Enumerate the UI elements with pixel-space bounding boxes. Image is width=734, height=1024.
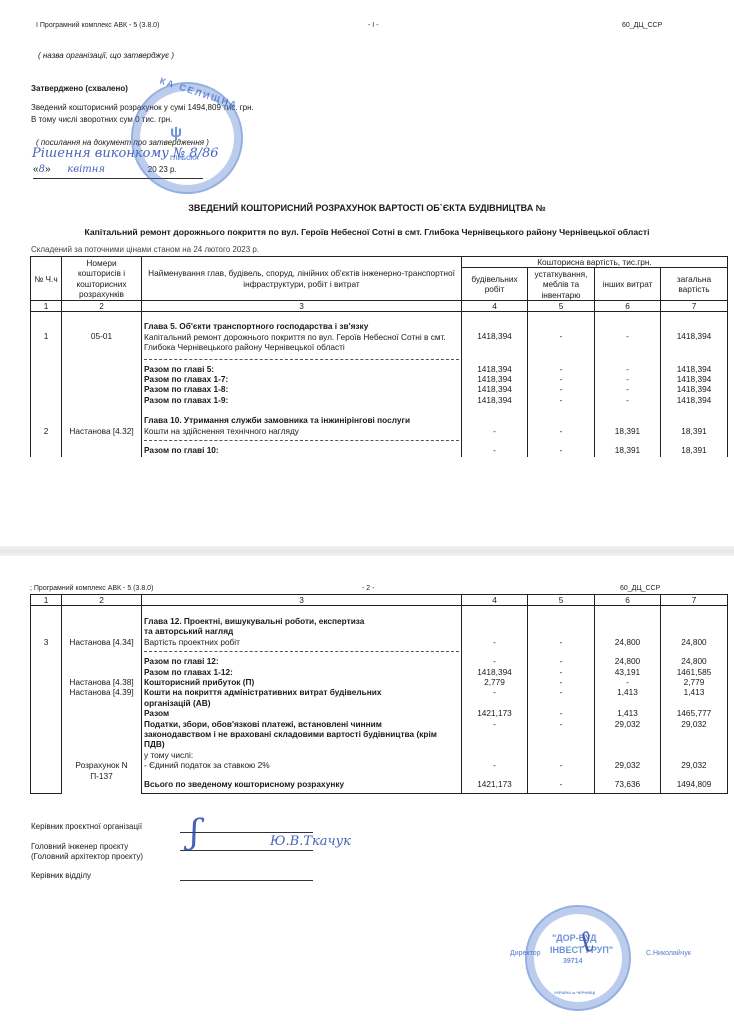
including-label: у тому числі: <box>144 750 459 760</box>
cell-other: 29,032 <box>595 719 661 761</box>
subtotal-label: Кошти на покриття адміністративних витра… <box>144 687 414 708</box>
signature-label-head-org: Керівник проєктної організації <box>31 822 142 831</box>
table-row-summary: Податки, збори, обов'язкові платежі, вст… <box>31 719 728 761</box>
cell-total: 1,413 <box>661 687 728 708</box>
cell-equipment: - <box>528 656 595 666</box>
composed-date-line: Складений за поточними цінами станом на … <box>31 245 259 254</box>
cell-total: 24,800 <box>661 656 728 666</box>
page-separator <box>0 546 734 556</box>
col-num-7: 7 <box>661 301 728 312</box>
cell-construction: - <box>462 719 528 761</box>
cell-equipment: - <box>528 667 595 677</box>
cell-equipment: - <box>528 405 595 445</box>
grand-total-equipment: - <box>528 771 595 794</box>
signature-line <box>180 832 313 833</box>
cell-construction: 1418,394 <box>462 312 528 364</box>
estimate-table-page2: 1 2 3 4 5 6 7 3 Настанова [4.34] Глава 1… <box>30 594 728 794</box>
subtotal-label: Разом по главах 1-8: <box>144 384 459 394</box>
subtotal-value: - <box>530 384 592 394</box>
subtotal-label: Разом по главах 1-12: <box>144 667 459 677</box>
row-number: 3 <box>31 606 62 657</box>
th-other: інших витрат <box>595 268 661 301</box>
stamp-bottom-text: УКРАЇНА м.ЧЕРНІВЦІ <box>554 990 595 995</box>
th-estimate-codes: Номери кошторисів і кошторисних розрахун… <box>62 257 142 301</box>
approved-label: Затверджено (схвалено) <box>31 84 128 93</box>
table-row-summary: Разом по главах 1-12: 1418,394 - 43,191 … <box>31 667 728 677</box>
signature-label-chief-engineer: Головний інженер проєкту <box>31 842 128 851</box>
document-title: ЗВЕДЕНИЙ КОШТОРИСНИЙ РОЗРАХУНОК ВАРТОСТІ… <box>0 203 734 213</box>
table-row-summary: Настанова [4.39] Кошти на покриття адмін… <box>31 687 728 708</box>
subtotal-value: 1418,394 <box>663 384 725 394</box>
signature-line <box>180 850 313 851</box>
cell-other: 18,391 <box>595 405 661 445</box>
subtotal-value: - <box>597 364 658 374</box>
row-code: Настанова [4.34] <box>62 606 142 657</box>
divider <box>144 359 459 360</box>
handwritten-signature-icon: ʃ <box>190 812 199 852</box>
cell-construction: - <box>462 656 528 666</box>
th-total: загальна вартість <box>661 268 728 301</box>
table-row-totals: Разом по главі 10: - - 18,391 18,391 <box>31 445 728 457</box>
stamp-center-text: ГЛИБОКА <box>170 156 199 162</box>
subtotal-value: - <box>464 445 525 455</box>
cell-equipment: - <box>528 760 595 770</box>
cell-equipment: - <box>528 606 595 657</box>
th-number: № Ч.ч <box>31 257 62 301</box>
subtotal-value: 18,391 <box>663 445 725 455</box>
cell-construction: 1418,394 <box>462 667 528 677</box>
handwritten-name: Ю.В.Ткачук <box>270 834 351 849</box>
subtotal-value: - <box>530 395 592 405</box>
subtotal-label: Разом по главі 10: <box>144 445 459 455</box>
th-equipment: устаткування, меблів та інвентарю <box>528 268 595 301</box>
subtotal-label: Разом <box>144 708 459 718</box>
chapter-title: Глава 10. Утримання служби замовника та … <box>144 415 459 425</box>
item-name: Кошти на здійснення технічного нагляду <box>144 426 459 436</box>
org-name-caption: ( назва організації, що затверджує ) <box>38 51 174 60</box>
cell-construction: - <box>462 405 528 445</box>
table-row: 1 05-01 Глава 5. Об'єкти транспортного г… <box>31 312 728 364</box>
page-number: - 2 - <box>362 585 374 592</box>
cell-total: 1461,585 <box>661 667 728 677</box>
cell-total: 2,779 <box>661 677 728 687</box>
subtotal-value: 1418,394 <box>464 364 525 374</box>
th-cost-group: Кошторисна вартість, тис.грн. <box>462 257 728 268</box>
table-row: 2 Настанова [4.32] Глава 10. Утримання с… <box>31 405 728 445</box>
item-name: - Єдиний податок за ставкою 2% <box>144 760 459 770</box>
grand-total-other: 73,636 <box>595 771 661 794</box>
col-num-3: 3 <box>142 595 462 606</box>
subtotal-label: Разом по главах 1-7: <box>144 374 459 384</box>
cell-construction: - <box>462 760 528 770</box>
date-quote-close: » <box>45 164 51 175</box>
cell-other: 1,413 <box>595 687 661 708</box>
cell-total: 1465,777 <box>661 708 728 718</box>
row-code: Настанова [4.38] <box>62 677 142 687</box>
cell-equipment: - <box>528 719 595 761</box>
table-row-summary: Разом 1421,173 - 1,413 1465,777 <box>31 708 728 718</box>
divider <box>144 651 459 652</box>
table-row-tax: Розрахунок N П-137 - Єдиний податок за с… <box>31 760 728 770</box>
subtotal-value: 1418,394 <box>464 384 525 394</box>
col-num-5: 5 <box>528 595 595 606</box>
grand-total-value: 1494,809 <box>661 771 728 794</box>
signature-label-dept-head: Керівник відділу <box>31 871 91 880</box>
cell-other: 1,413 <box>595 708 661 718</box>
page-number: - І - <box>368 22 379 29</box>
item-name: Капітальний ремонт дорожнього покриття п… <box>144 332 459 353</box>
col-num-6: 6 <box>595 595 661 606</box>
cell-other: 43,191 <box>595 667 661 677</box>
subtotal-value: 1418,394 <box>464 374 525 384</box>
cell-total: 1418,394 <box>661 312 728 364</box>
row-code: Настанова [4.39] <box>62 687 142 708</box>
page-header-left: ; Програмний комплекс АВК - 5 (3.8.0) <box>30 585 153 592</box>
chapter-title: Глава 5. Об'єкти транспортного господарс… <box>144 321 459 331</box>
subtotal-value: 1418,394 <box>464 395 525 405</box>
cell-equipment: - <box>528 708 595 718</box>
subtotal-value: - <box>597 395 658 405</box>
row-code: 05-01 <box>62 312 142 364</box>
subtotal-value: 1418,394 <box>663 374 725 384</box>
subtotal-value: - <box>597 374 658 384</box>
col-num-5: 5 <box>528 301 595 312</box>
th-construction: будівельних робіт <box>462 268 528 301</box>
col-num-6: 6 <box>595 301 661 312</box>
col-num-7: 7 <box>661 595 728 606</box>
stamp-person-name: С.Николайчук <box>646 950 691 957</box>
row-code: Настанова [4.32] <box>62 405 142 445</box>
cell-other: - <box>595 677 661 687</box>
subtotal-label: Разом по главах 1-9: <box>144 395 459 405</box>
cell-other: 29,032 <box>595 760 661 770</box>
divider <box>144 440 459 441</box>
page-header-right: 60_ДЦ_ССР <box>622 22 662 29</box>
col-num-2: 2 <box>62 301 142 312</box>
estimate-table-page1: № Ч.ч Номери кошторисів і кошторисних ро… <box>30 256 728 457</box>
row-code: Розрахунок N П-137 <box>62 760 142 793</box>
cell-total: 29,032 <box>661 760 728 770</box>
date-month: квітня <box>67 164 105 175</box>
item-name: Вартість проектних робіт <box>144 637 459 647</box>
table-row-totals: Разом по главі 5: Разом по главах 1-7: Р… <box>31 364 728 406</box>
cell-equipment: - <box>528 312 595 364</box>
table-row-summary: Настанова [4.38] Кошторисний прибуток (П… <box>31 677 728 687</box>
cell-construction: 2,779 <box>462 677 528 687</box>
subtotal-label: Разом по главі 5: <box>144 364 459 374</box>
cell-equipment: - <box>528 687 595 708</box>
row-number: 2 <box>31 405 62 445</box>
document-subtitle: Капітальний ремонт дорожнього покриття п… <box>0 227 734 237</box>
subtotal-value: - <box>597 384 658 394</box>
subtotal-value: 18,391 <box>597 445 658 455</box>
cell-construction: - <box>462 687 528 708</box>
subtotal-value: 1418,394 <box>663 364 725 374</box>
cell-construction: 1421,173 <box>462 708 528 718</box>
chapter-title: Глава 12. Проектні, вишукувальні роботи,… <box>144 616 374 637</box>
subtotal-label: Податки, збори, обов'язкові платежі, вст… <box>144 719 444 750</box>
subtotal-value: - <box>530 374 592 384</box>
subtotal-value: 1418,394 <box>663 395 725 405</box>
table-row-summary: Разом по главі 12: - - 24,800 24,800 <box>31 656 728 666</box>
coat-of-arms-icon: ψ <box>170 124 182 142</box>
stamp-director-label: Директор <box>510 950 541 957</box>
stamp-code: 39714 <box>563 958 582 965</box>
cell-total: 18,391 <box>661 405 728 445</box>
col-num-1: 1 <box>31 301 62 312</box>
cell-equipment: - <box>528 677 595 687</box>
col-num-2: 2 <box>62 595 142 606</box>
grand-total-label: Всього по зведеному кошторисному розраху… <box>144 779 459 789</box>
row-number: 1 <box>31 312 62 364</box>
page-header-left: І Програмний комплекс АВК - 5 (3.8.0) <box>36 22 159 29</box>
cell-other: - <box>595 312 661 364</box>
cell-other: 24,800 <box>595 656 661 666</box>
th-description: Найменування глав, будівель, споруд, лін… <box>142 257 462 301</box>
subtotal-label: Кошторисний прибуток (П) <box>144 677 459 687</box>
table-row: 3 Настанова [4.34] Глава 12. Проектні, в… <box>31 606 728 657</box>
subtotal-value: - <box>530 364 592 374</box>
signature-label-chief-architect: (Головний архітектор проєкту) <box>31 852 143 861</box>
col-num-4: 4 <box>462 301 528 312</box>
col-num-1: 1 <box>31 595 62 606</box>
cell-construction: - <box>462 606 528 657</box>
grand-total-construction: 1421,173 <box>462 771 528 794</box>
subtotal-value: - <box>530 445 592 455</box>
subtotal-label: Разом по главі 12: <box>144 656 459 666</box>
signature-line <box>180 880 313 881</box>
cell-total: 29,032 <box>661 719 728 761</box>
page-header-right: 60_ДЦ_ССР <box>620 585 660 592</box>
col-num-3: 3 <box>142 301 462 312</box>
cell-total: 24,800 <box>661 606 728 657</box>
cell-other: 24,800 <box>595 606 661 657</box>
col-num-4: 4 <box>462 595 528 606</box>
